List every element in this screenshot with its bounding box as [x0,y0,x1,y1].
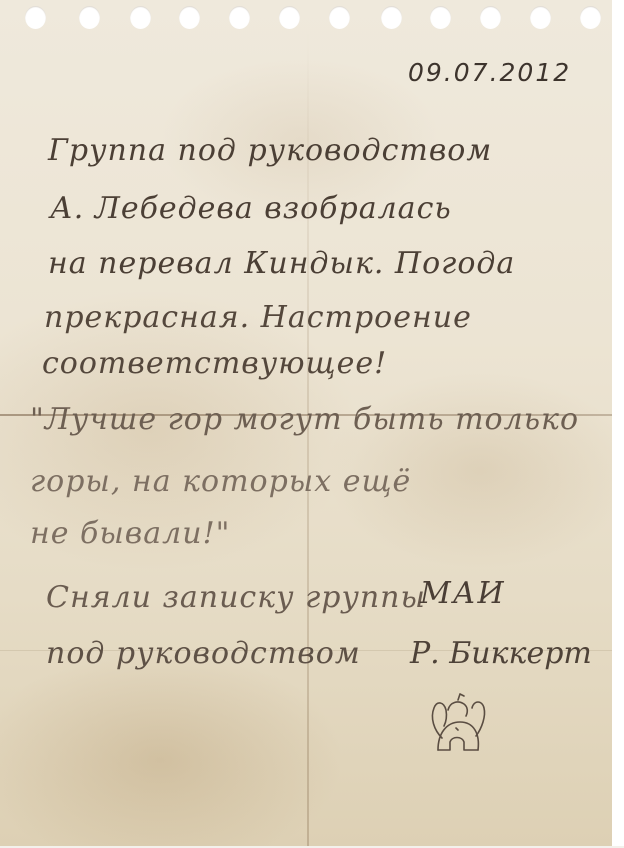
binding-hole [480,6,501,29]
binding-hole [79,6,100,29]
note-date: 09.07.2012 [408,58,571,87]
binding-holes [0,6,624,32]
binding-hole [430,6,451,29]
note-line-10: под руководством [46,636,361,671]
binding-hole [179,6,200,29]
binding-hole [25,6,46,29]
note-line-2: А. Лебедева взобралась [50,191,452,226]
binding-hole [530,6,551,29]
quote-line-3: не бывали!" [30,516,230,551]
quote-line-1: "Лучше гор могут быть только [30,402,579,437]
binding-hole [381,6,402,29]
note-line-4: прекрасная. Настроение [44,300,472,335]
note-line-9: Сняли записку группы [46,580,426,615]
note-line-1: Группа под руководством [48,133,492,168]
binding-hole [329,6,350,29]
signature-group: МАИ [420,576,506,611]
quote-line-2: горы, на которых ещё [30,464,411,499]
elephant-sketch-icon [424,690,494,754]
binding-hole [279,6,300,29]
scan-right-edge [612,0,624,848]
binding-hole [229,6,250,29]
signature-leader: Р. Биккерт [410,636,592,671]
note-line-5: соответствующее! [42,346,387,381]
binding-hole [130,6,151,29]
note-line-3: на перевал Киндык. Погода [48,246,515,281]
binding-hole [580,6,601,29]
scanned-note-page: 09.07.2012 Группа под руководством А. Ле… [0,0,624,848]
